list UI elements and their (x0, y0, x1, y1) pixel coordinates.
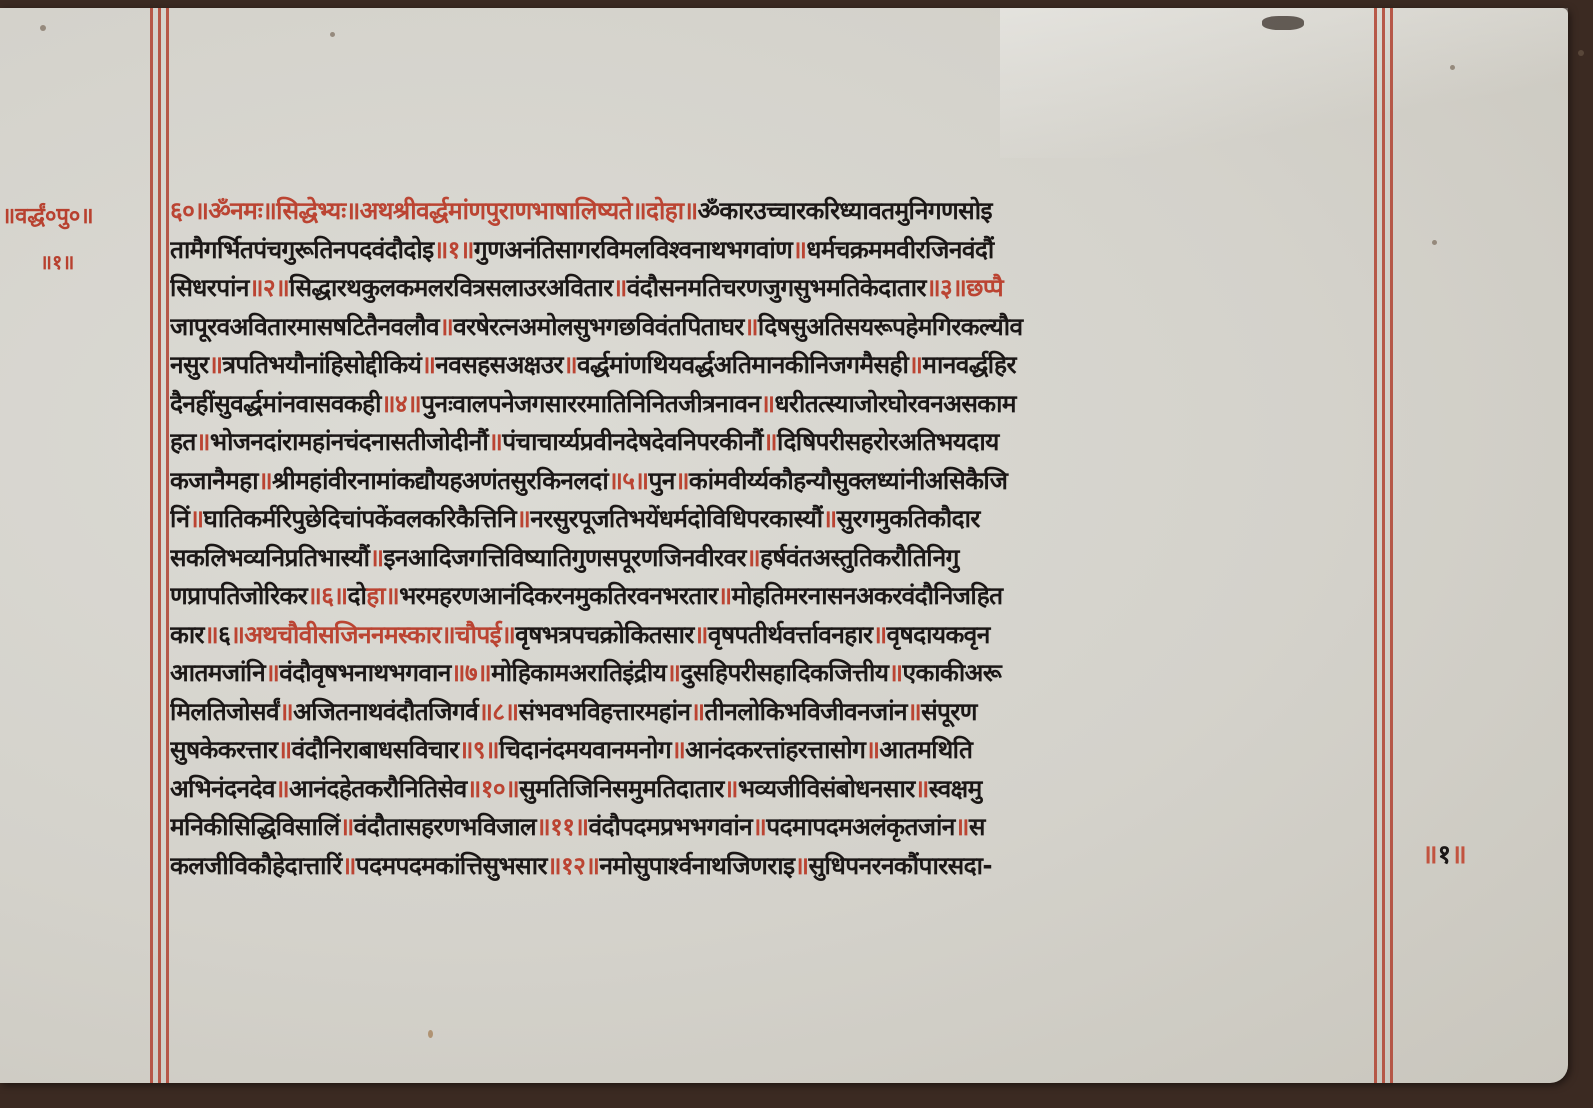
text-segment: कार (170, 620, 204, 649)
text-segment: श्रीमहांवीरनामांकद्यौयहअणंतसुरकिनलदां (272, 466, 608, 495)
rubric-segment: ॥ (340, 812, 354, 841)
rubric-segment: ॥ (907, 697, 921, 726)
text-segment: वंदौवृषभनाथभगवान (279, 658, 451, 687)
text-segment: पदमपदमकांत्तिसुभसार (356, 851, 547, 880)
text-segment: संपूरण (921, 697, 977, 726)
manuscript-line: कलजीविकौहेदात्तारिं॥पदमपदमकांत्तिसुभसार॥… (170, 847, 1375, 886)
rubric-segment: ॥ (955, 812, 969, 841)
paper-speck (330, 32, 335, 37)
rubric-segment: ॥ (421, 350, 435, 379)
rubric-segment: ॥ (760, 389, 774, 418)
text-segment: वंदौपदमप्रभभगवांन (588, 812, 752, 841)
text-segment: तीनलोकिभविजीवनजांन (705, 697, 907, 726)
text-segment: मानवर्द्धहिर (922, 350, 1016, 379)
rubric-segment: ॥७॥ (451, 658, 491, 687)
rubric-segment: ॥ (822, 504, 836, 533)
text-segment: पंचाचार्य्यप्रवीनदेषदेवनिपरकीनौं (502, 427, 763, 456)
text-segment: चिदानंदमयवानमनोग (499, 735, 671, 764)
folded-corner-shading (1000, 8, 1568, 158)
text-segment: पुन (648, 466, 674, 495)
rubric-segment: हा॥ (366, 581, 399, 610)
text-segment: संभवभविहत्तारमहांन (519, 697, 691, 726)
rubric-segment: ॥९॥ (459, 735, 499, 764)
text-segment: वंदौनिराबाधसविचार (292, 735, 459, 764)
rubric-segment: ॥४॥ (381, 389, 421, 418)
text-segment: ॐकारउच्चारकरिध्यावतमुनिगणसोइ (698, 196, 992, 225)
rubric-segment: ॥ (189, 504, 203, 533)
rubric-segment: ॥ (369, 543, 383, 572)
rubric-segment: ॥ (671, 735, 685, 764)
paper-speck (1432, 240, 1437, 245)
paper-speck (1450, 65, 1455, 70)
rubric-segment: ॥२॥ (249, 273, 289, 302)
rubric-segment: ॥ (746, 543, 760, 572)
paper-speck (1578, 50, 1584, 56)
text-segment: एकाकीअरू (903, 658, 1002, 687)
rubric-segment: ॥ (744, 312, 758, 341)
manuscript-line: तामैगर्भितपंचगुरूतिनपदवंदौदोइ॥१॥गुणअनंति… (170, 231, 1375, 270)
text-segment: धरीतत्स्याजोरघोरवनअसकाम (774, 389, 1015, 418)
text-segment: भव्यजीविसंबोधनसार (738, 774, 915, 803)
text-segment: सुमतिजिनिसमुमतिदातार (519, 774, 724, 803)
text-segment: वृषपतीर्थवर्त्तावनहार (708, 620, 873, 649)
manuscript-line: कार॥६॥अथचौवीसजिननमस्कार॥चौपई॥वृषभत्रपचक्… (170, 616, 1375, 655)
manuscript-line: दैनहींसुवर्द्धमांनवासवकही॥४॥पुनःवालपनेजग… (170, 385, 1375, 424)
manuscript-line: सिधरपांन॥२॥सिद्धारथकुलकमलरवित्रसलाउरअवित… (170, 269, 1375, 308)
text-segment: हर्षवंतअस्तुतिकरौतिनिगु (760, 543, 959, 572)
text-segment: वर्द्धमांणथियवर्द्धअतिमानकीनिजगमैसही (577, 350, 908, 379)
rubric-segment: ॥ (439, 312, 453, 341)
text-segment: वरषेरत्नअमोलसुभगछविवंतपिताघर (453, 312, 744, 341)
text-segment: तामैगर्भितपंचगुरूतिनपदवंदौदोइ (170, 235, 434, 264)
rubric-segment: ॥३॥छप्पै (926, 273, 1003, 302)
text-segment: नवसहसअक्षउर (435, 350, 563, 379)
text-segment: अभिनंदनदेव (170, 774, 275, 803)
text-segment: मोहतिमरनासनअकरवंदौनिजहित (732, 581, 1003, 610)
manuscript-line: जापूरवअवितारमासषटितैनवलौव॥वरषेरत्नअमोलसु… (170, 308, 1375, 347)
text-segment: ६ (218, 620, 230, 649)
manuscript-line: नसुर॥त्रपतिभयौनांहिसोद्दीकियं॥नवसहसअक्षउ… (170, 346, 1375, 385)
text-segment: कजानैमहा (170, 466, 258, 495)
manuscript-line: सुषकेकरत्तार॥वंदौनिराबाधसविचार॥९॥चिदानंद… (170, 731, 1375, 770)
text-segment: घातिकर्मरिपुछेदिचांपकेंवलकरिकैत्तिनि (203, 504, 516, 533)
rubric-segment: ॥५॥ (608, 466, 648, 495)
paper-speck (40, 25, 46, 31)
manuscript-line: निं॥घातिकर्मरिपुछेदिचांपकेंवलकरिकैत्तिनि… (170, 500, 1375, 539)
rubric-segment: ॥ (724, 774, 738, 803)
rubric-segment: ॥ (792, 235, 806, 264)
text-segment: पदमापदमअलंकृतजांन (766, 812, 955, 841)
text-segment: आतमथिति (879, 735, 972, 764)
rubric-segment: ॥ (915, 774, 929, 803)
rubric-segment: ॥११॥ (536, 812, 588, 841)
rubric-segment: ॥ (694, 620, 708, 649)
rubric-segment: ॥ (275, 774, 289, 803)
rubric-segment: ॥ (516, 504, 530, 533)
right-margin-rules (1374, 8, 1396, 1083)
text-segment: भोजनदांरामहांनचंदनासतीजोदीनौं (210, 427, 488, 456)
rubric-segment: ॥अथचौवीसजिननमस्कार॥चौपई॥ (230, 620, 515, 649)
text-segment: स (969, 812, 985, 841)
text-segment: कलजीविकौहेदात्तारिं (170, 851, 342, 880)
rubric-segment: ॥ (265, 658, 279, 687)
manuscript-text-block: ६०॥ॐनमः॥सिद्धेभ्यः॥अथश्रीवर्द्धमांणपुराण… (170, 192, 1375, 885)
text-segment: णप्रापतिजोरिकर (170, 581, 307, 610)
rubric-segment: ॥ (908, 350, 922, 379)
text-segment: वंदौतासहरणभविजाल (354, 812, 536, 841)
left-margin-title: ॥वर्द्धं०पु०॥ (2, 200, 94, 230)
text-segment: दैनहींसुवर्द्धमांनवासवकही (170, 389, 381, 418)
rubric-segment: ॥६॥ (307, 581, 347, 610)
text-segment: नरसुरपूजतिभयेंधर्मदोविधिपरकास्यौं (530, 504, 822, 533)
text-segment: जापूरवअवितारमासषटितैनवलौव (170, 312, 439, 341)
manuscript-line: मिलतिजोसर्वं॥अजितनाथवंदौतजिगर्व॥८॥संभवभव… (170, 693, 1375, 732)
text-segment: सिधरपांन (170, 273, 249, 302)
text-segment: निं (170, 504, 189, 533)
rubric-segment: ॥ (675, 466, 689, 495)
text-segment: आनंदहेतकरौनितिसेव (289, 774, 467, 803)
rubric-segment: ॥ (763, 427, 777, 456)
text-segment: मनिकीसिद्धिविसालिं (170, 812, 340, 841)
rubric-segment: ॥ (208, 350, 222, 379)
rubric-segment: ॥ (613, 273, 627, 302)
rubric-segment: ॥ (752, 812, 766, 841)
manuscript-line: णप्रापतिजोरिकर॥६॥दोहा॥भरमहरणआनंदिकरनमुकत… (170, 577, 1375, 616)
rubric-segment: ॥ (888, 658, 902, 687)
manuscript-line: कजानैमहा॥श्रीमहांवीरनामांकद्यौयहअणंतसुरक… (170, 462, 1375, 501)
rubric-segment: ॥८॥ (478, 697, 518, 726)
manuscript-line: हत॥भोजनदांरामहांनचंदनासतीजोदीनौं॥पंचाचार… (170, 423, 1375, 462)
rubric-segment: ॥ (258, 466, 272, 495)
text-segment: वृषदायकवृन (887, 620, 990, 649)
left-margin-rules (150, 8, 172, 1083)
text-segment: नसुर (170, 350, 208, 379)
left-margin-folio-number: ॥१॥ (40, 248, 74, 275)
rubric-segment: ॥१२॥ (547, 851, 599, 880)
text-segment: वंदौसनमतिचरणजुगसुभमतिकेदातार (627, 273, 926, 302)
text-segment: दुसहिपरीसहादिकजित्तीय (680, 658, 888, 687)
rubric-segment: ॥ (563, 350, 577, 379)
text-segment: स्वक्षमु (929, 774, 982, 803)
manuscript-line: सकलिभव्यनिप्रतिभास्यौं॥इनआदिजगत्तिविष्या… (170, 539, 1375, 578)
text-segment: सिद्धारथकुलकमलरवित्रसलाउरअवितार (289, 273, 613, 302)
rubric-segment: ॥ (872, 620, 886, 649)
ink-stain (1262, 16, 1304, 30)
text-segment: दो (347, 581, 366, 610)
rubric-segment: ॥ (718, 581, 732, 610)
text-segment: सुषकेकरत्तार (170, 735, 277, 764)
rubric-segment: ॥ (277, 735, 291, 764)
text-segment: सुरगमुकतिकौदार (837, 504, 980, 533)
text-segment: सुधिपनरनकौंपारसदा- (808, 851, 991, 880)
manuscript-line: अभिनंदनदेव॥आनंदहेतकरौनितिसेव॥१०॥सुमतिजिन… (170, 770, 1375, 809)
page-number-digit: १ (1438, 840, 1452, 870)
text-segment: वृषभत्रपचक्रोकितसार (515, 620, 694, 649)
paper-speck (428, 1030, 433, 1038)
rubric-segment: ॥ (865, 735, 879, 764)
text-segment: गुणअनंतिसागरविमलविश्वनाथभगवांण (474, 235, 792, 264)
rubric-segment: ॥ (488, 427, 502, 456)
rubric-segment: ॥ (196, 427, 210, 456)
text-segment: नमोसुपार्श्वनाथजिणराइ (599, 851, 794, 880)
text-segment: आतमजांनि (170, 658, 265, 687)
text-segment: दिषिपरीसहरोरअतिभयदाय (777, 427, 999, 456)
rubric-segment: ॥ (794, 851, 808, 880)
text-segment: दिषसुअतिसयरूपहेमगिरकल्यौव (758, 312, 1023, 341)
rubric-segment: ६०॥ॐनमः॥सिद्धेभ्यः॥अथश्रीवर्द्धमांणपुराण… (170, 196, 698, 225)
text-segment: मिलतिजोसर्वं (170, 697, 279, 726)
text-segment: मोहिकामअरातिइंद्रीय (491, 658, 666, 687)
text-segment: कांमवीर्य्यकौहन्यौसुक्लध्यांनीअसिकैजि (689, 466, 1007, 495)
rubric-segment: ॥ (666, 658, 680, 687)
rubric-segment: ॥१॥ (434, 235, 474, 264)
text-segment: इनआदिजगत्तिविष्यातिगुणसपूरणजिनवीरवर (383, 543, 745, 572)
text-segment: सकलिभव्यनिप्रतिभास्यौं (170, 543, 369, 572)
text-segment: अजितनाथवंदौतजिगर्व (293, 697, 478, 726)
rubric-segment: ॥१०॥ (467, 774, 519, 803)
text-segment: त्रपतिभयौनांहिसोद्दीकियं (222, 350, 421, 379)
text-segment: पुनःवालपनेजगसाररमातिनिनितजीत्रनावन (421, 389, 760, 418)
rubric-segment: ॥ (342, 851, 356, 880)
rubric-segment: ॥ (279, 697, 293, 726)
manuscript-line: मनिकीसिद्धिविसालिं॥वंदौतासहरणभविजाल॥११॥व… (170, 808, 1375, 847)
manuscript-line: आतमजांनि॥वंदौवृषभनाथभगवान॥७॥मोहिकामअराति… (170, 654, 1375, 693)
right-margin-page-number: ॥१॥ (1422, 835, 1467, 871)
text-segment: आनंदकरत्तांहरत्तासोग (685, 735, 865, 764)
text-segment: हत (170, 427, 196, 456)
text-segment: भरमहरणआनंदिकरनमुकतिरवनभरतार (399, 581, 717, 610)
rubric-segment: ॥ (204, 620, 218, 649)
manuscript-line: ६०॥ॐनमः॥सिद्धेभ्यः॥अथश्रीवर्द्धमांणपुराण… (170, 192, 1375, 231)
rubric-segment: ॥ (690, 697, 704, 726)
text-segment: धर्मचक्रममवीरजिनवंदौं (806, 235, 993, 264)
